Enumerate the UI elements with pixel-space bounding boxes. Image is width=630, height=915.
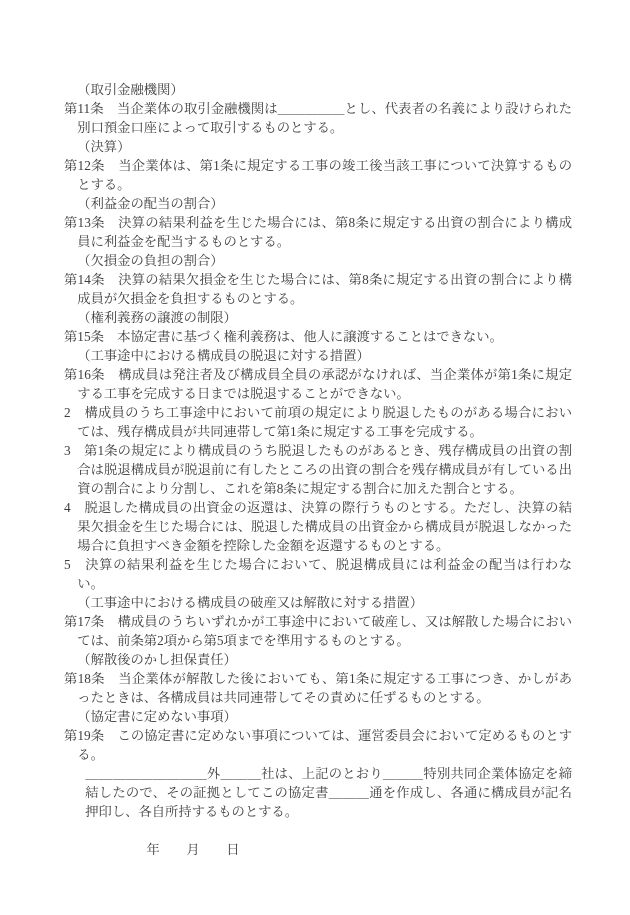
sub-item-paragraph: 3 第1条の規定により構成員のうち脱退したものがあるとき、残存構成員の出資の割合…: [64, 441, 572, 498]
article-caption: （解散後のかし担保責任）: [64, 650, 572, 669]
article-caption: （取引金融機関）: [64, 80, 572, 99]
sub-item-paragraph: 2 構成員のうち工事途中において前項の規定により脱退したものがある場合においては…: [64, 403, 572, 441]
article-caption: （工事途中における構成員の破産又は解散に対する措置）: [64, 593, 572, 612]
article-caption: （協定書に定めない事項）: [64, 707, 572, 726]
article-paragraph: 第15条 本協定書に基づく権利義務は、他人に譲渡することはできない。: [64, 327, 572, 346]
article-paragraph: 第14条 決算の結果欠損金を生じた場合には、第8条に規定する出資の割合により構成…: [64, 270, 572, 308]
article-caption: （欠損金の負担の割合）: [64, 251, 572, 270]
article-paragraph: 第19条 この協定書に定めない事項については、運営委員会において定めるものとする…: [64, 726, 572, 764]
date-line: 年 月 日: [64, 840, 572, 859]
sub-item-paragraph: 4 脱退した構成員の出資金の返還は、決算の際行うものとする。ただし、決算の結果欠…: [64, 498, 572, 555]
article-caption: （利益金の配当の割合）: [64, 194, 572, 213]
sub-item-paragraph: 5 決算の結果利益を生じた場合において、脱退構成員には利益金の配当は行わない。: [64, 555, 572, 593]
article-paragraph: 第17条 構成員のうちいずれかが工事途中において破産し、又は解散した場合において…: [64, 612, 572, 650]
article-paragraph: 第16条 構成員は発注者及び構成員全員の承認がなければ、当企業体が第1条に規定す…: [64, 365, 572, 403]
document-body: （取引金融機関）第11条 当企業体の取引金融機関は＿＿＿＿＿とし、代表者の名義に…: [64, 80, 572, 859]
article-paragraph: 第18条 当企業体が解散した後においても、第1条に規定する工事につき、かしがあっ…: [64, 669, 572, 707]
article-caption: （権利義務の譲渡の制限）: [64, 308, 572, 327]
article-caption: （工事途中における構成員の脱退に対する措置）: [64, 346, 572, 365]
document-page: （取引金融機関）第11条 当企業体の取引金融機関は＿＿＿＿＿とし、代表者の名義に…: [0, 0, 630, 915]
article-paragraph: 第12条 当企業体は、第1条に規定する工事の竣工後当該工事について決算するものと…: [64, 156, 572, 194]
closing-paragraph: ＿＿＿＿＿＿＿＿＿外＿＿＿社は、上記のとおり＿＿＿特別共同企業体協定を締結したの…: [64, 764, 572, 821]
article-paragraph: 第13条 決算の結果利益を生じた場合には、第8条に規定する出資の割合により構成員…: [64, 213, 572, 251]
article-caption: （決算）: [64, 137, 572, 156]
article-paragraph: 第11条 当企業体の取引金融機関は＿＿＿＿＿とし、代表者の名義により設けられた別…: [64, 99, 572, 137]
